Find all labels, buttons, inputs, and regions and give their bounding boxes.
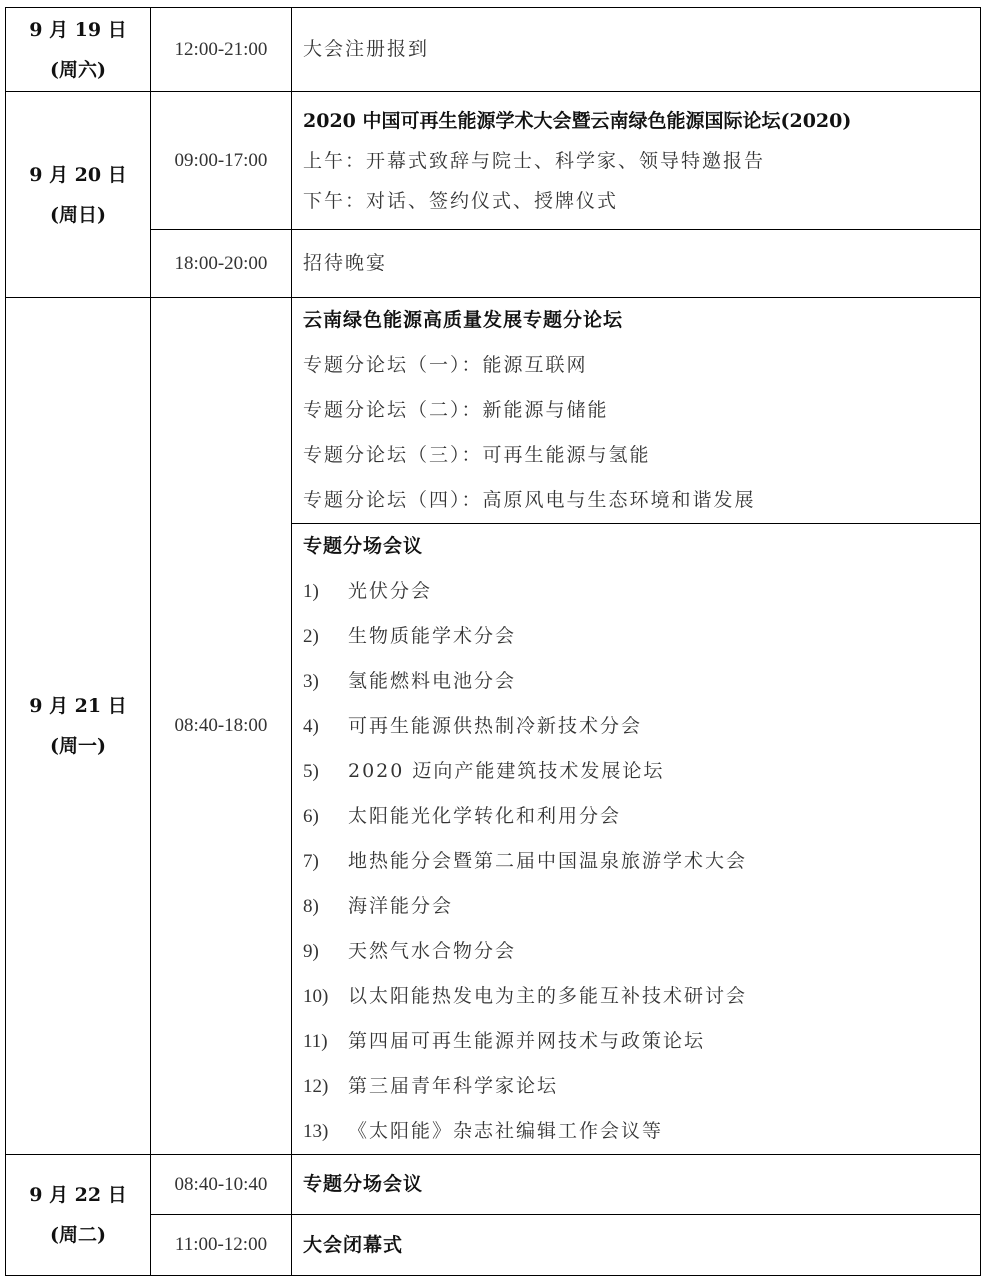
item-number: 3) xyxy=(303,659,348,704)
item-number: 10) xyxy=(303,974,348,1019)
item-text: 光伏分会 xyxy=(348,580,432,602)
item-number: 7) xyxy=(303,839,348,884)
activity-cell: 专题分场会议 xyxy=(292,1155,981,1215)
day-weekday: (周一) xyxy=(6,726,150,766)
activity-cell: 专题分场会议 1)光伏分会 2)生物质能学术分会 3)氢能燃料电池分会 4)可再… xyxy=(292,524,981,1155)
day-weekday: (周日) xyxy=(6,195,150,235)
item-number: 13) xyxy=(303,1109,348,1154)
date-cell: 9 月 21 日 (周一) xyxy=(6,298,151,1155)
schedule-row: 11:00-12:00 大会闭幕式 xyxy=(6,1215,981,1276)
activity-cell: 大会注册报到 xyxy=(292,8,981,92)
item-number: 5) xyxy=(303,749,348,794)
time-cell: 08:40-18:00 xyxy=(151,298,292,1155)
list-item: 12)第三届青年科学家论坛 xyxy=(303,1064,980,1109)
time-cell: 11:00-12:00 xyxy=(151,1215,292,1276)
item-text: 2020 迈向产能建筑技术发展论坛 xyxy=(348,760,664,782)
day-date: 9 月 20 日 xyxy=(6,155,150,195)
session-title: 大会闭幕式 xyxy=(303,1223,980,1268)
item-text: 《太阳能》杂志社编辑工作会议等 xyxy=(348,1120,663,1142)
item-number: 12) xyxy=(303,1064,348,1109)
item-text: 生物质能学术分会 xyxy=(348,625,516,647)
time-cell: 12:00-21:00 xyxy=(151,8,292,92)
item-number: 4) xyxy=(303,704,348,749)
schedule-row: 18:00-20:00 招待晚宴 xyxy=(6,230,981,298)
item-text: 氢能燃料电池分会 xyxy=(348,670,516,692)
list-item: 6)太阳能光化学转化和利用分会 xyxy=(303,794,980,839)
time-cell: 18:00-20:00 xyxy=(151,230,292,298)
activity-line: 大会注册报到 xyxy=(303,27,980,72)
activity-cell: 2020 中国可再生能源学术大会暨云南绿色能源国际论坛(2020) 上午：开幕式… xyxy=(292,92,981,230)
activity-cell: 招待晚宴 xyxy=(292,230,981,298)
item-text: 海洋能分会 xyxy=(348,895,453,917)
day-date: 9 月 22 日 xyxy=(6,1175,150,1215)
activity-line: 招待晚宴 xyxy=(303,241,980,286)
day-date: 9 月 21 日 xyxy=(6,686,150,726)
item-number: 11) xyxy=(303,1019,348,1064)
activity-line: 下午：对话、签约仪式、授牌仪式 xyxy=(303,181,980,221)
date-cell: 9 月 19 日 (周六) xyxy=(6,8,151,92)
schedule-table: 9 月 19 日 (周六) 12:00-21:00 大会注册报到 9 月 20 … xyxy=(5,7,981,1276)
day-date: 9 月 19 日 xyxy=(6,10,150,50)
item-number: 8) xyxy=(303,884,348,929)
item-text: 第三届青年科学家论坛 xyxy=(348,1075,558,1097)
list-item: 1)光伏分会 xyxy=(303,569,980,614)
list-item: 8)海洋能分会 xyxy=(303,884,980,929)
schedule-row: 9 月 20 日 (周日) 09:00-17:00 2020 中国可再生能源学术… xyxy=(6,92,981,230)
schedule-row: 9 月 22 日 (周二) 08:40-10:40 专题分场会议 xyxy=(6,1155,981,1215)
day-weekday: (周二) xyxy=(6,1215,150,1255)
time-cell: 09:00-17:00 xyxy=(151,92,292,230)
item-number: 1) xyxy=(303,569,348,614)
list-item: 7)地热能分会暨第二届中国温泉旅游学术大会 xyxy=(303,839,980,884)
item-text: 以太阳能热发电为主的多能互补技术研讨会 xyxy=(348,985,747,1007)
item-number: 2) xyxy=(303,614,348,659)
list-item: 10)以太阳能热发电为主的多能互补技术研讨会 xyxy=(303,974,980,1019)
list-item: 11)第四届可再生能源并网技术与政策论坛 xyxy=(303,1019,980,1064)
activity-cell: 大会闭幕式 xyxy=(292,1215,981,1276)
session-title: 2020 中国可再生能源学术大会暨云南绿色能源国际论坛(2020) xyxy=(303,101,980,141)
item-text: 天然气水合物分会 xyxy=(348,940,516,962)
day-weekday: (周六) xyxy=(6,50,150,90)
item-number: 6) xyxy=(303,794,348,839)
list-item: 2)生物质能学术分会 xyxy=(303,614,980,659)
activity-line: 专题分论坛（二）：新能源与储能 xyxy=(303,388,980,433)
schedule-row: 9 月 21 日 (周一) 08:40-18:00 云南绿色能源高质量发展专题分… xyxy=(6,298,981,524)
item-text: 地热能分会暨第二届中国温泉旅游学术大会 xyxy=(348,850,747,872)
session-title: 云南绿色能源高质量发展专题分论坛 xyxy=(303,298,980,343)
date-cell: 9 月 22 日 (周二) xyxy=(6,1155,151,1276)
activity-cell: 云南绿色能源高质量发展专题分论坛 专题分论坛（一）：能源互联网 专题分论坛（二）… xyxy=(292,298,981,524)
item-text: 可再生能源供热制冷新技术分会 xyxy=(348,715,642,737)
item-text: 太阳能光化学转化和利用分会 xyxy=(348,805,621,827)
time-cell: 08:40-10:40 xyxy=(151,1155,292,1215)
item-number: 9) xyxy=(303,929,348,974)
activity-line: 专题分论坛（四）：高原风电与生态环境和谐发展 xyxy=(303,478,980,523)
list-item: 13)《太阳能》杂志社编辑工作会议等 xyxy=(303,1109,980,1154)
session-title: 专题分场会议 xyxy=(303,1162,980,1207)
item-text: 第四届可再生能源并网技术与政策论坛 xyxy=(348,1030,705,1052)
activity-line: 专题分论坛（一）：能源互联网 xyxy=(303,343,980,388)
session-title: 专题分场会议 xyxy=(303,524,980,569)
date-cell: 9 月 20 日 (周日) xyxy=(6,92,151,298)
list-item: 5)2020 迈向产能建筑技术发展论坛 xyxy=(303,749,980,794)
activity-line: 上午：开幕式致辞与院士、科学家、领导特邀报告 xyxy=(303,141,980,181)
activity-line: 专题分论坛（三）：可再生能源与氢能 xyxy=(303,433,980,478)
list-item: 4)可再生能源供热制冷新技术分会 xyxy=(303,704,980,749)
schedule-row: 9 月 19 日 (周六) 12:00-21:00 大会注册报到 xyxy=(6,8,981,92)
list-item: 3)氢能燃料电池分会 xyxy=(303,659,980,704)
list-item: 9)天然气水合物分会 xyxy=(303,929,980,974)
